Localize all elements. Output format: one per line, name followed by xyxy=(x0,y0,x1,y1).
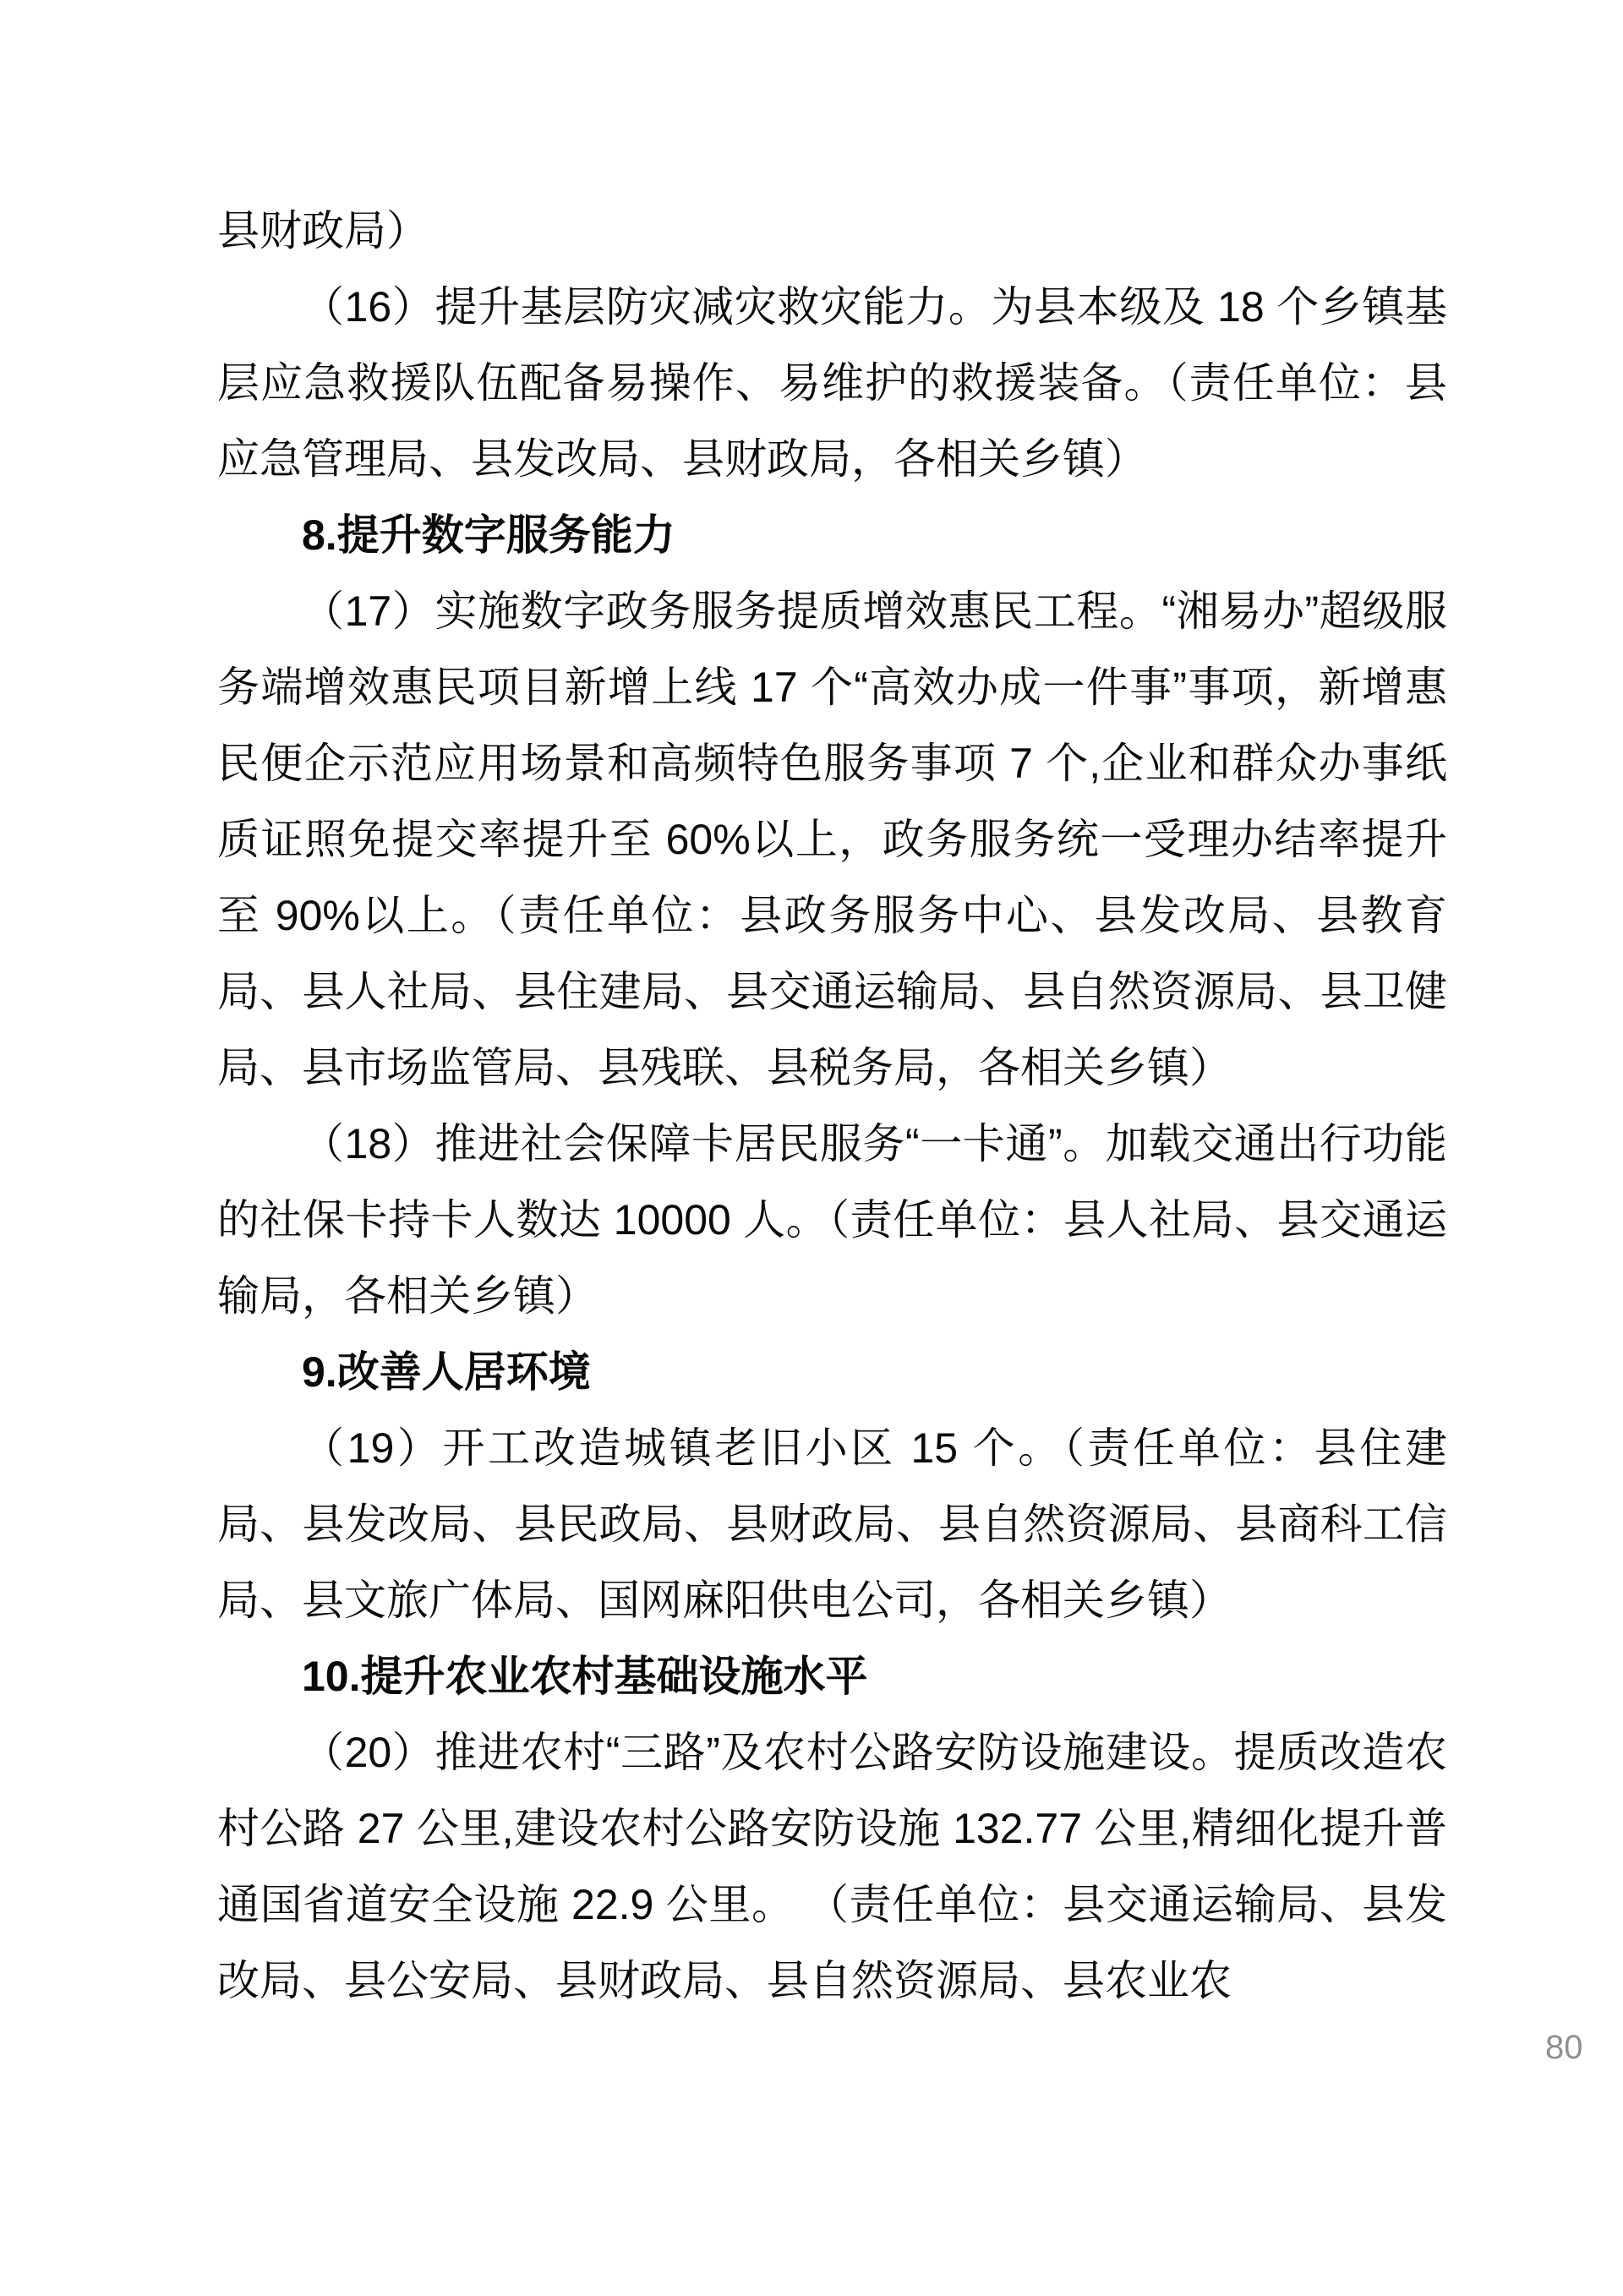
document-page: 县财政局） （16）提升基层防灾减灾救灾能力。为县本级及 18 个乡镇基层应急救… xyxy=(0,0,1623,2296)
document-body: 县财政局） （16）提升基层防灾减灾救灾能力。为县本级及 18 个乡镇基层应急救… xyxy=(217,193,1447,2019)
paragraph-item-19: （19）开工改造城镇老旧小区 15 个。（责任单位：县住建局、县发改局、县民政局… xyxy=(217,1410,1447,1638)
section-heading-8: 8.提升数字服务能力 xyxy=(217,497,1447,573)
paragraph-item-17: （17）实施数字政务服务提质增效惠民工程。“湘易办”超级服务端增效惠民项目新增上… xyxy=(217,573,1447,1106)
section-heading-10: 10.提升农业农村基础设施水平 xyxy=(217,1638,1447,1714)
paragraph-item-20: （20）推进农村“三路”及农村公路安防设施建设。提质改造农村公路 27 公里,建… xyxy=(217,1714,1447,2019)
paragraph-continuation: 县财政局） xyxy=(217,193,1447,269)
section-heading-9: 9.改善人居环境 xyxy=(217,1334,1447,1410)
paragraph-item-18: （18）推进社会保障卡居民服务“一卡通”。加载交通出行功能的社保卡持卡人数达 1… xyxy=(217,1106,1447,1334)
page-number: 80 xyxy=(1545,2029,1583,2066)
paragraph-item-16: （16）提升基层防灾减灾救灾能力。为县本级及 18 个乡镇基层应急救援队伍配备易… xyxy=(217,269,1447,497)
